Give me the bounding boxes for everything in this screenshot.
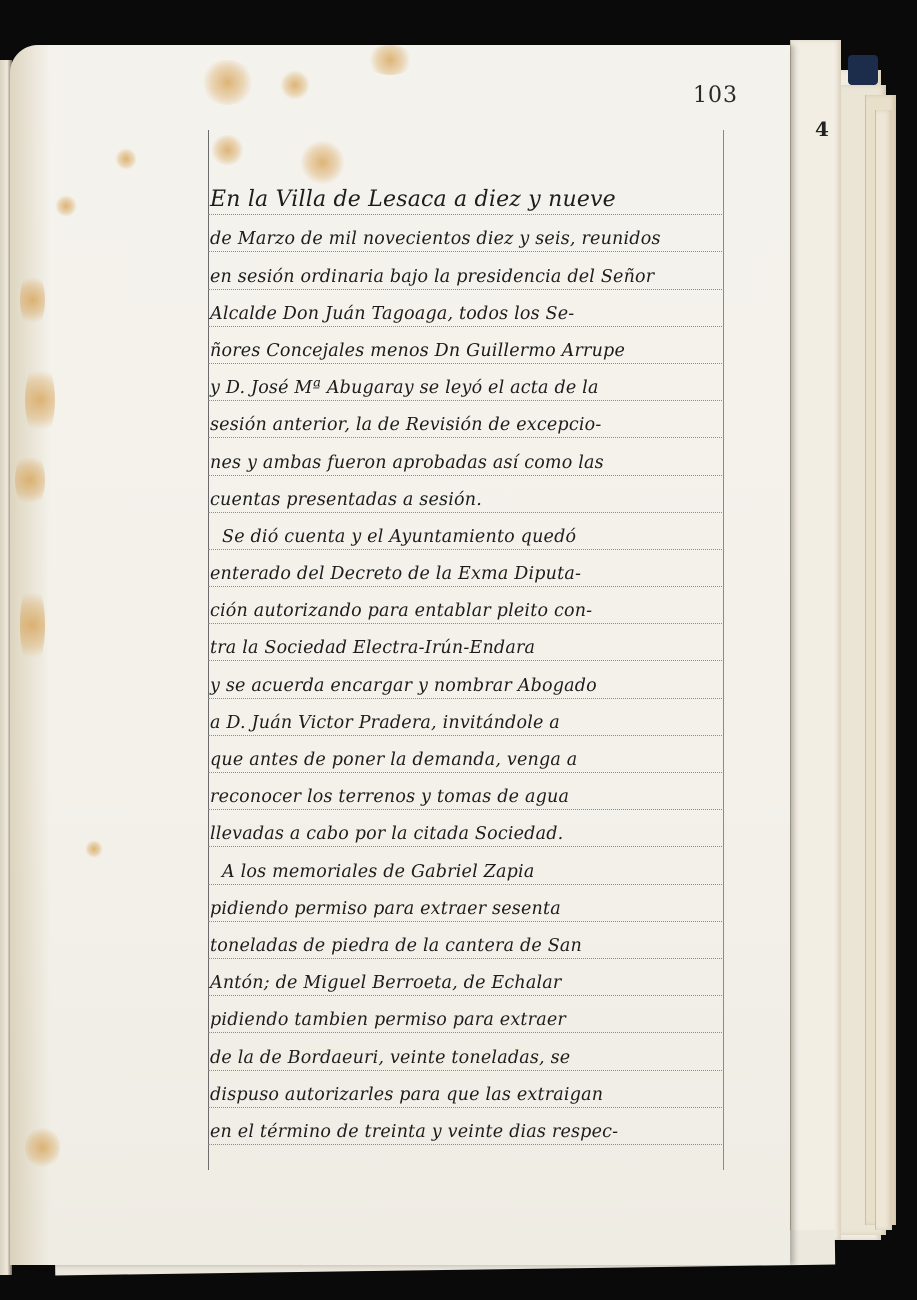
text-line: Antón; de Miguel Berroeta, de Echalar <box>208 959 722 996</box>
text-line: pidiendo permiso para extraer sesenta <box>208 885 722 922</box>
text-line: tra la Sociedad Electra-Irún-Endara <box>208 624 722 661</box>
text-line: ñores Concejales menos Dn Guillermo Arru… <box>208 327 722 364</box>
text-line: pidiendo tambien permiso para extraer <box>208 996 722 1033</box>
foxing-stain <box>20 580 45 670</box>
text-line: en sesión ordinaria bajo la presidencia … <box>208 252 722 289</box>
text-line: sesión anterior, la de Revisión de excep… <box>208 401 722 438</box>
text-line: a D. Juán Victor Pradera, invitándole a <box>208 699 722 736</box>
page-number: 103 <box>693 83 738 108</box>
text-line: dispuso autorizarles para que las extrai… <box>208 1071 722 1108</box>
foxing-stain <box>365 45 415 75</box>
text-line: en el término de treinta y veinte dias r… <box>208 1108 722 1145</box>
text-line: En la Villa de Lesaca a diez y nueve <box>208 178 722 215</box>
foxing-stain <box>115 148 137 170</box>
text-line: de Marzo de mil novecientos diez y seis,… <box>208 215 722 252</box>
foxing-stain <box>200 60 255 105</box>
text-line: de la de Bordaeuri, veinte toneladas, se <box>208 1033 722 1070</box>
text-line: ción autorizando para entablar pleito co… <box>208 587 722 624</box>
text-line: reconocer los terrenos y tomas de agua <box>208 773 722 810</box>
foxing-stain <box>85 840 103 858</box>
text-line: y se acuerda encargar y nombrar Abogado <box>208 661 722 698</box>
foxing-stain <box>55 195 77 217</box>
text-line: toneladas de piedra de la cantera de San <box>208 922 722 959</box>
text-line: que antes de poner la demanda, venga a <box>208 736 722 773</box>
text-line: nes y ambas fueron aprobadas así como la… <box>208 438 722 475</box>
text-line: cuentas presentadas a sesión. <box>208 476 722 513</box>
foxing-stain <box>20 270 45 330</box>
blue-fabric-tab <box>848 55 878 85</box>
text-line: y D. José Mª Abugaray se leyó el acta de… <box>208 364 722 401</box>
stacked-page-edges <box>770 0 917 1300</box>
handwritten-text-block: En la Villa de Lesaca a diez y nueve de … <box>208 178 722 1145</box>
text-line: enterado del Decreto de la Exma Diputa- <box>208 550 722 587</box>
foxing-stain <box>15 450 45 510</box>
text-line: A los memoriales de Gabriel Zapia <box>208 847 722 884</box>
text-line: llevadas a cabo por la citada Sociedad. <box>208 810 722 847</box>
text-line: Alcalde Don Juán Tagoaga, todos los Se- <box>208 290 722 327</box>
foxing-stain <box>25 1125 60 1170</box>
foxing-stain <box>280 70 310 100</box>
text-line: Se dió cuenta y el Ayuntamiento quedó <box>208 513 722 550</box>
foxing-stain <box>25 360 55 440</box>
edge-page-number: 4 <box>815 117 829 141</box>
